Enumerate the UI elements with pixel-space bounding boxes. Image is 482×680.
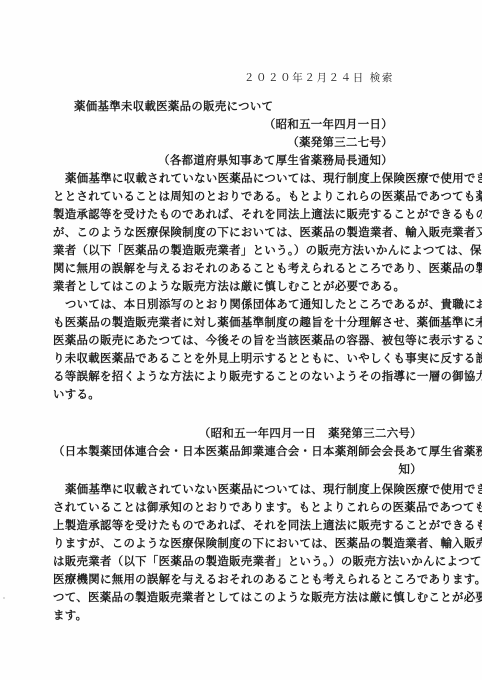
notice1-line: ととされていることは周知のとおりである。もとよりこれらの医薬品であつても薬事法上 [53,189,482,203]
notice1-line: 薬価基準に収載されていない医薬品については、現行制度上保険医療で使用できないこ [65,171,482,185]
notice1-line: が、このような医療保険制度の下においては、医薬品の製造業者、輸入販売業者又は販売 [53,225,482,239]
notice1-number: （薬発第三二七号） [287,135,393,149]
notice2-line: つて、医薬品の製造販売業者としてはこのような販売方法は厳に慎しむことが必要であり [53,590,482,604]
retrieval-date: ２０２０年２月２４日 検索 [244,71,394,85]
notice2-line: 医療機関に無用の誤解を与えるおそれのあることも考えられるところであります。したが [53,572,482,586]
notice2-date-number: （昭和五一年四月一日 薬発第三二六号） [199,426,422,440]
scan-speck [3,597,5,599]
notice2-line: は販売業者（以下「医薬品の製造販売業者」という。）の販売方法いかんによつては、保… [53,554,482,568]
notice1-line: も医薬品の製造販売業者に対し薬価基準制度の趣旨を十分理解させ、薬価基準に未収載の [53,315,482,329]
notice2-line: 上製造承認等を受けたものであれば、それを同法上適法に販売することができるものであ [53,518,482,532]
notice2-line: されていることは御承知のとおりであります。もとよりこれらの医薬品であつても薬事法 [53,500,482,514]
notice1-addressee: （各都道府県知事あて厚生省薬務局長通知） [158,153,393,167]
notice2-line: 薬価基準に収載されていない医薬品については、現行制度上保険医療で使用できないと [65,482,482,496]
notice1-line: ついては、本日別添写のとおり関係団体あて通知したところであるが、貴職におかれて [65,297,482,311]
notice2-line: りますが、このような医療保険制度の下においては、医薬品の製造業者、輸入販売業者又 [53,536,482,550]
notice1-line: 業者としてはこのような販売方法は厳に慎しむことが必要である。 [53,279,405,293]
document-title: 薬価基準未収載医薬品の販売について [74,99,273,113]
notice1-date: （昭和五一年四月一日） [264,117,393,131]
notice2-addressee: （日本製薬団体連合会・日本医薬品卸業連合会・日本薬剤師会会長あて厚生省薬務局長通 [53,444,482,458]
notice2-line: ます。 [53,608,87,622]
notice2-addressee-cont: 知） [399,462,422,476]
notice1-line: 業者（以下「医薬品の製造販売業者」という。）の販売方法いかんによつては、保険医療… [53,243,482,257]
notice1-line: る等誤解を招くような方法により販売することのないようその指導に一層の御協力をお願 [53,369,482,383]
notice1-line: り未収載医薬品であることを外見上明示するとともに、いやしくも事実に反する説明をす [53,351,482,365]
notice1-line: 医薬品の販売にあたつては、今後その旨を当該医薬品の容器、被包等に表示することによ [53,333,482,347]
notice1-line: 関に無用の誤解を与えるおそれのあることも考えられるところであり、医薬品の製造販売 [53,261,482,275]
document-page: ２０２０年２月２４日 検索 薬価基準未収載医薬品の販売について （昭和五一年四月… [0,0,482,680]
notice1-line: いする。 [53,387,100,401]
notice1-line: 製造承認等を受けたものであれば、それを同法上適法に販売することができるものである [53,207,482,221]
